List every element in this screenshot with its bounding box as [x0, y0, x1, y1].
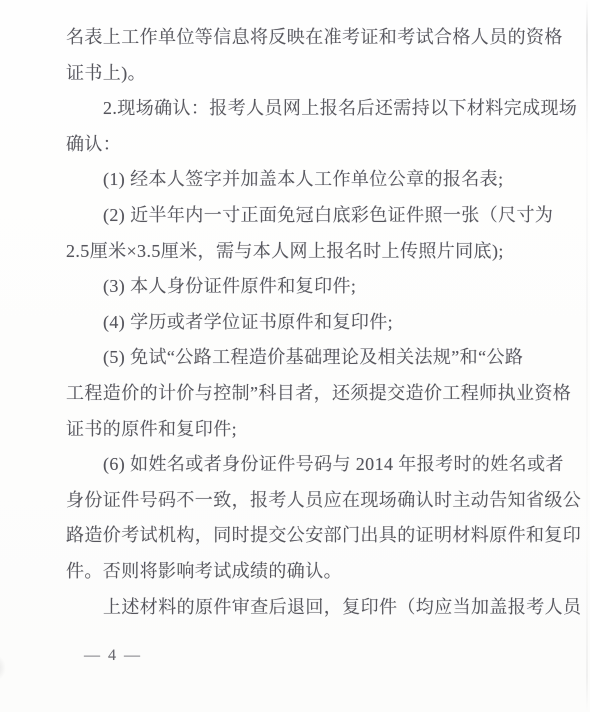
text-line: (1) 经本人签字并加盖本人工作单位公章的报名表; — [66, 162, 534, 198]
text-line: (4) 学历或者学位证书原件和复印件; — [66, 305, 534, 341]
text-line: 件。否则将影响考试成绩的确认。 — [66, 554, 534, 590]
text-line: 工程造价的计价与控制”科目者，还须提交造价工程师执业资格 — [66, 376, 534, 412]
scan-smudge-artifact — [0, 655, 6, 681]
page-number: — 4 — — [84, 645, 142, 667]
text-line: 证书的原件和复印件; — [66, 412, 534, 448]
text-line: (6) 如姓名或者身份证件号码与 2014 年报考时的姓名或者 — [66, 447, 534, 483]
text-line: (5) 免试“公路工程造价基础理论及相关法规”和“公路 — [66, 340, 534, 376]
text-line: (2) 近半年内一寸正面免冠白底彩色证件照一张（尺寸为 — [66, 198, 534, 234]
text-line: 路造价考试机构，同时提交公安部门出具的证明材料原件和复印 — [66, 518, 534, 554]
scanner-edge-artifact — [586, 0, 588, 712]
text-line: 2.5厘米×3.5厘米，需与本人网上报名时上传照片同底); — [66, 234, 534, 270]
text-line: 证书上)。 — [66, 56, 534, 92]
text-line: 确认： — [66, 127, 534, 163]
text-line: 名表上工作单位等信息将反映在准考证和考试合格人员的资格 — [66, 20, 534, 56]
scanned-document-page: { "colors": { "ink": "#55555c", "paper":… — [0, 0, 590, 712]
text-line: 2.现场确认：报考人员网上报名后还需持以下材料完成现场 — [66, 91, 534, 127]
text-line: (3) 本人身份证件原件和复印件; — [66, 269, 534, 305]
text-line: 上述材料的原件审查后退回，复印件（均应当加盖报考人员 — [66, 590, 534, 626]
document-lines: 名表上工作单位等信息将反映在准考证和考试合格人员的资格证书上)。2.现场确认：报… — [66, 20, 534, 625]
text-line: 身份证件号码不一致，报考人员应在现场确认时主动告知省级公 — [66, 483, 534, 519]
